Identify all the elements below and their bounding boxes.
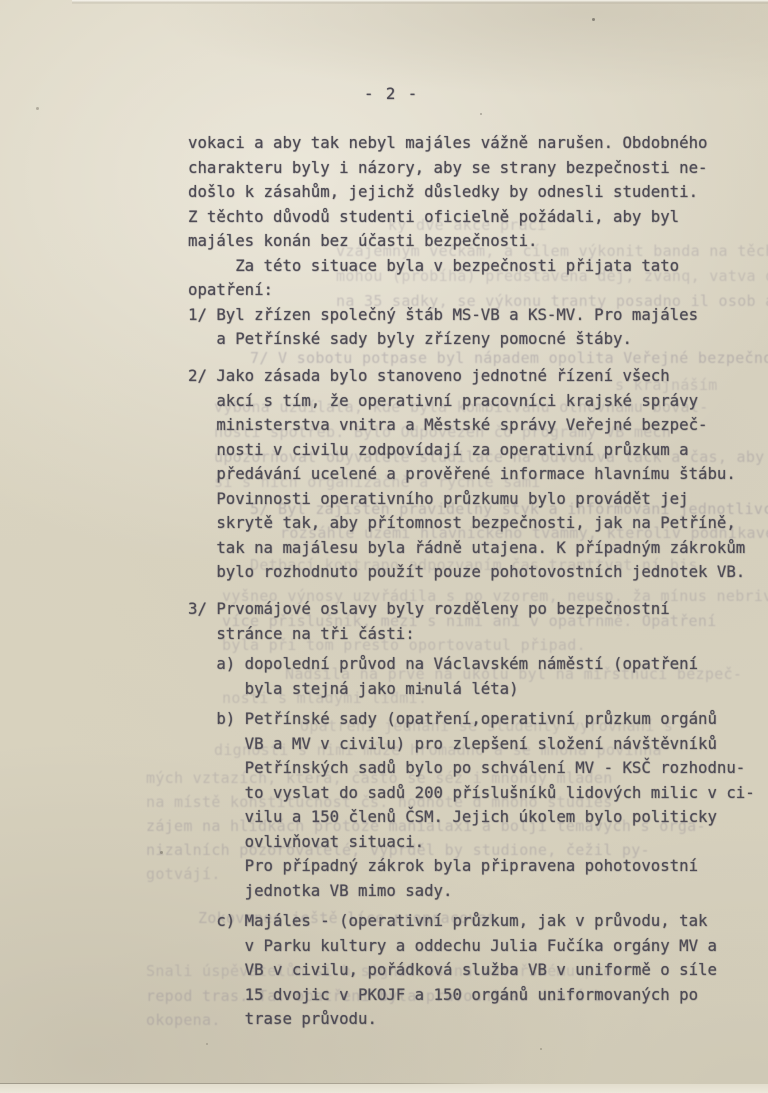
text-line: Pro případný zákrok byla připravena poho… xyxy=(188,854,763,879)
text-line: charakteru byly i názory, aby se strany … xyxy=(188,156,763,181)
paragraph-item-c: c) Majáles - (operativní průzkum, jak v … xyxy=(188,909,763,1032)
paragraph-item-a: a) dopolední průvod na Václavském náměst… xyxy=(188,652,763,701)
text-line: 3/ Prvomájové oslavy byly rozděleny po b… xyxy=(188,597,763,622)
text-line: skrytě tak, aby přítomnost bezpečnosti, … xyxy=(188,511,763,536)
text-line: trase průvodu. xyxy=(188,1007,763,1032)
text-line: b) Petřínské sady (opatření,operativní p… xyxy=(188,707,763,732)
text-line: opatření: xyxy=(188,278,763,303)
page-number: - 2 - xyxy=(364,84,419,103)
scanned-document-page: ky dvě akce pracívzájemným večkám, a cíl… xyxy=(0,0,768,1093)
paper-speck xyxy=(36,107,39,110)
text-line: předávání ucelené a prověřené informace … xyxy=(188,462,763,487)
text-line: došlo k zásahům, jejichž důsledky by odn… xyxy=(188,180,763,205)
text-line: a Petřínské sady byly zřízeny pomocné št… xyxy=(188,327,763,352)
text-line: 15 dvojic v PKOJF a 150 orgánů uniformov… xyxy=(188,983,763,1008)
text-line: Z těchto důvodů studenti oficielně požád… xyxy=(188,205,763,230)
text-line: ovlivňovat situaci. xyxy=(188,830,763,855)
text-line: Za této situace byla v bezpečnosti přija… xyxy=(188,254,763,279)
text-line: VB v civilu, pořádková služba VB v unifo… xyxy=(188,958,763,983)
text-line: majáles konán bez účasti bezpečnosti. xyxy=(188,229,763,254)
document-body: vokaci a aby tak nebyl majáles vážně nar… xyxy=(188,131,763,1032)
text-line: 2/ Jako zásada bylo stanoveno jednotné ř… xyxy=(188,364,763,389)
text-line: Povinnosti operativního průzkumu bylo pr… xyxy=(188,487,763,512)
paragraph-intro: vokaci a aby tak nebyl majáles vážně nar… xyxy=(188,131,763,254)
text-line: 1/ Byl zřízen společný štáb MS-VB a KS-M… xyxy=(188,303,763,328)
text-line: ministerstva vnitra a Městské správy Veř… xyxy=(188,413,763,438)
text-line: stránce na tři části: xyxy=(188,622,763,647)
text-line: vokaci a aby tak nebyl majáles vážně nar… xyxy=(188,131,763,156)
paragraph-measure-1: 1/ Byl zřízen společný štáb MS-VB a KS-M… xyxy=(188,303,763,352)
paper-speck xyxy=(480,113,482,115)
text-line: tak na majálesu byla řádně utajena. K př… xyxy=(188,536,763,561)
text-line: nosti v civilu zodpovídají za operativní… xyxy=(188,438,763,463)
text-line: v Parku kultury a oddechu Julia Fučíka o… xyxy=(188,934,763,959)
text-line: bylo rozhodnuto použít pouze pohotovostn… xyxy=(188,560,763,585)
scan-edge-top xyxy=(72,0,768,4)
paper-speck xyxy=(592,18,595,21)
text-line: akcí s tím, že operativní pracovníci kra… xyxy=(188,389,763,414)
text-line: VB a MV v civilu) pro zlepšení složení n… xyxy=(188,732,763,757)
scan-edge-bottom xyxy=(0,1084,768,1093)
paper-speck xyxy=(206,1043,208,1045)
paragraph-measure-2: 2/ Jako zásada bylo stanoveno jednotné ř… xyxy=(188,364,763,585)
text-line: vilu a 150 členů ČSM. Jejich úkolem bylo… xyxy=(188,805,763,830)
paragraph-measure-3: 3/ Prvomájové oslavy byly rozděleny po b… xyxy=(188,597,763,646)
text-line: a) dopolední průvod na Václavském náměst… xyxy=(188,652,763,677)
text-line: jednotka VB mimo sady. xyxy=(188,879,763,904)
paper-speck xyxy=(540,1048,542,1050)
paragraph-situation: Za této situace byla v bezpečnosti přija… xyxy=(188,254,763,303)
paper-speck xyxy=(160,851,163,854)
text-line: c) Majáles - (operativní průzkum, jak v … xyxy=(188,909,763,934)
text-line: Petřínských sadů bylo po schválení MV - … xyxy=(188,756,763,781)
text-line: to vyslat do sadů 200 příslušníků lidový… xyxy=(188,781,763,806)
text-line: byla stejná jako minulá léta) xyxy=(188,677,763,702)
paragraph-item-b: b) Petřínské sady (opatření,operativní p… xyxy=(188,707,763,903)
